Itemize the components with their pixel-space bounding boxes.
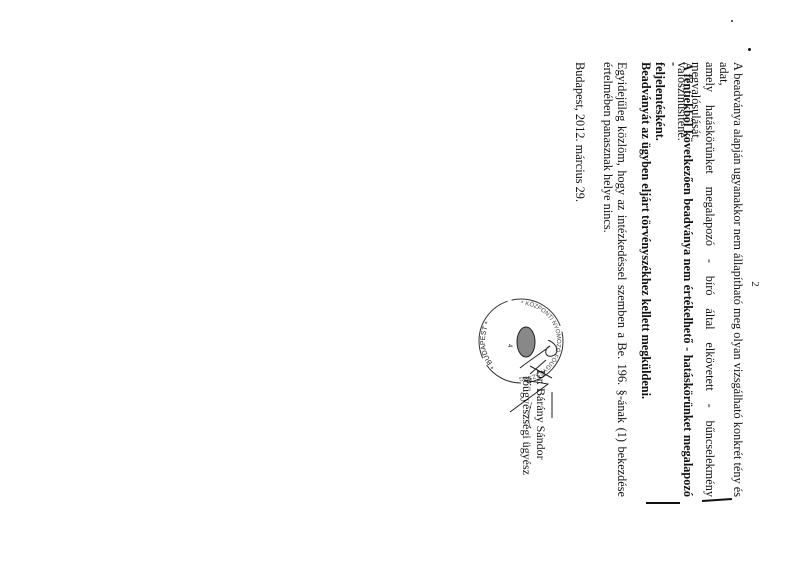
document-page: A beadványa alapján ugyanakkor nem állap… (545, 60, 745, 500)
text-line: Beadványát az ügyben eljárt törvényszékh… (639, 62, 653, 497)
scan-speck (731, 20, 733, 22)
paragraph-conclusion: A fentiekből következően beadványa nem é… (639, 62, 695, 497)
text-line: A fentiekből következően beadványa nem é… (667, 62, 695, 497)
scan-dot (748, 48, 751, 51)
margin-mark (646, 502, 680, 504)
place-date: Budapest, 2012. március 29. (573, 62, 587, 497)
page-number: 2 (749, 281, 761, 287)
text-line: feljelentésként. (653, 62, 667, 497)
svg-text:* BUDAPEST *: * BUDAPEST * (480, 320, 497, 369)
text-line: értelmében panasznak helye nincs. (601, 62, 615, 497)
text-line: Egyidejűleg közlöm, hogy az intézkedésse… (615, 62, 629, 497)
signer-title: főügyészségi ügyész (519, 376, 534, 475)
signer-name: Dr. Bárány Sándor (533, 370, 548, 460)
text-line: A beadványa alapján ugyanakkor nem állap… (717, 62, 745, 497)
paragraph-notice: Egyidejűleg közlöm, hogy az intézkedésse… (601, 62, 629, 497)
text-line: Budapest, 2012. március 29. (573, 62, 587, 497)
